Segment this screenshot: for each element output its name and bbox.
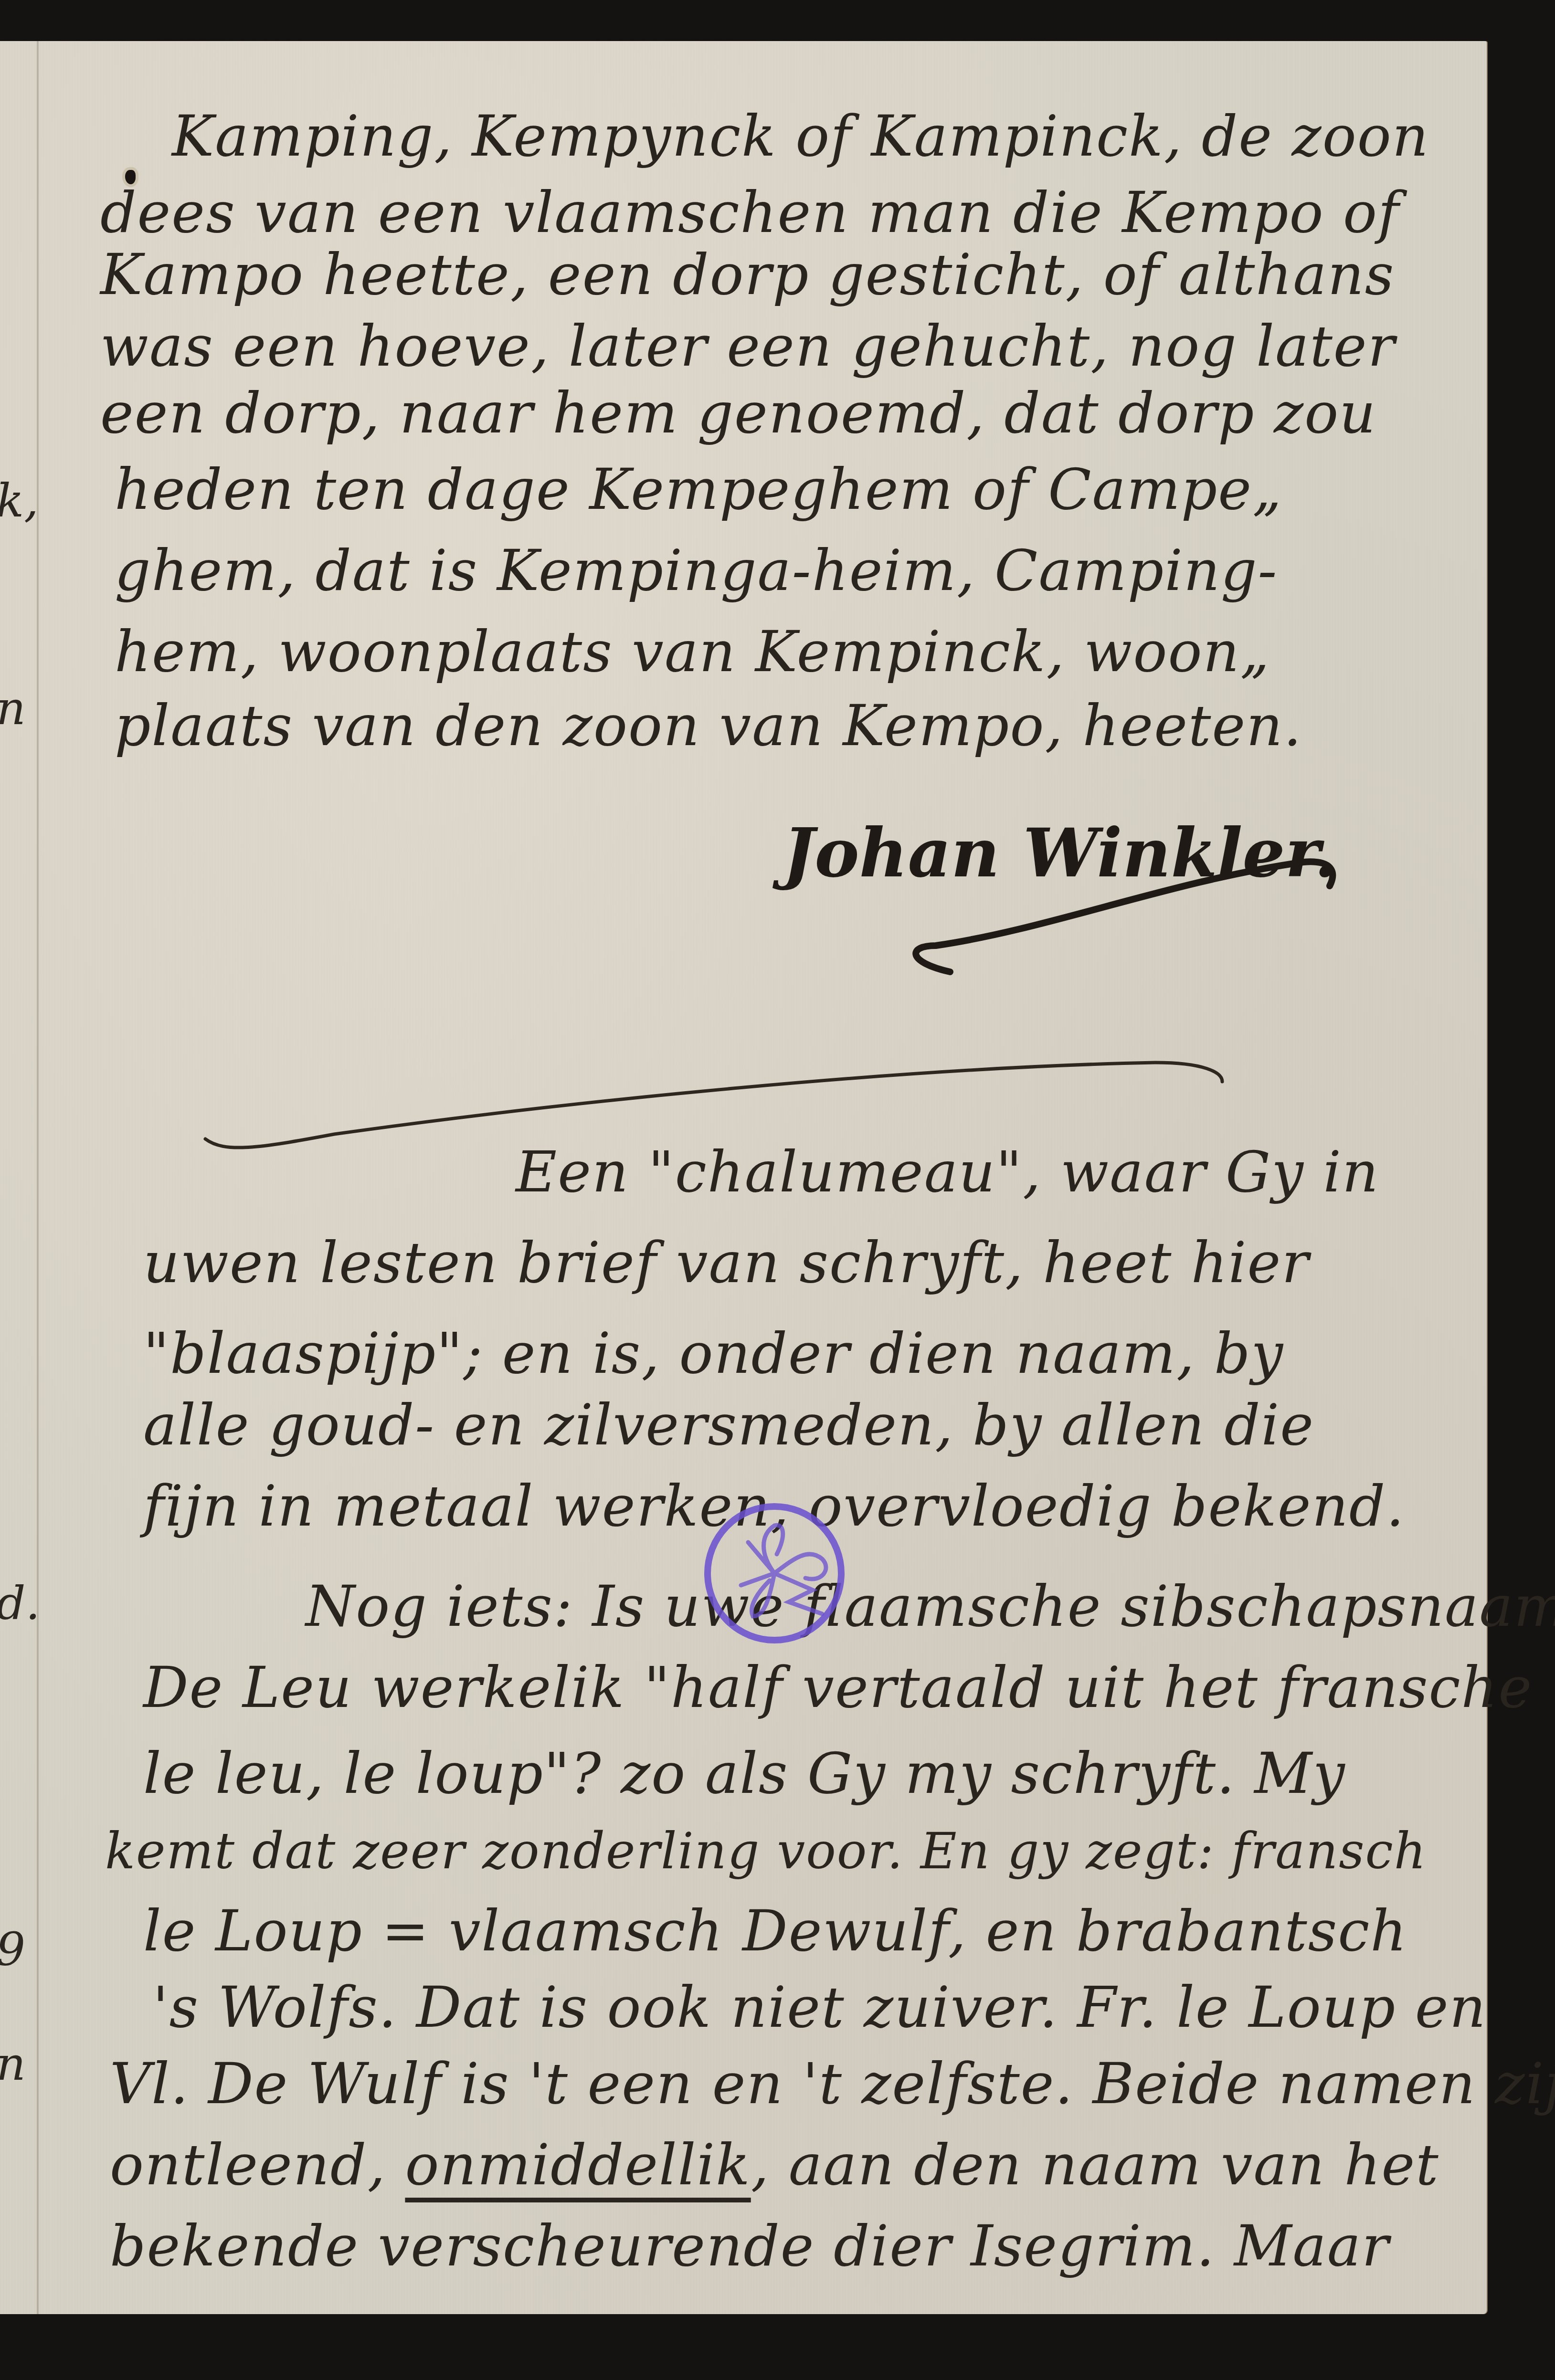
text-line: Vl. De Wulf is 't een en 't zelfste. Bei… bbox=[110, 2055, 1555, 2112]
underlined-word: onmiddellik bbox=[405, 2132, 751, 2198]
text-fragment: ontleend, bbox=[110, 2132, 405, 2198]
text-line: kemt dat zeer zonderling voor. En gy zeg… bbox=[105, 1826, 1427, 1876]
text-line: le Loup = vlaamsch Dewulf, en brabantsch bbox=[143, 1903, 1407, 1959]
text-line: ontleend, onmiddellik, aan den naam van … bbox=[110, 2137, 1439, 2193]
text-line: le leu, le loup"? zo als Gy my schryft. … bbox=[143, 1745, 1346, 1801]
text-fragment: , aan den naam van het bbox=[751, 2132, 1439, 2198]
text-line: "blaaspijp"; en is, onder dien naam, by bbox=[143, 1325, 1284, 1381]
library-stamp bbox=[703, 1502, 846, 1645]
text-line: De Leu werkelik "half vertaald uit het f… bbox=[143, 1659, 1533, 1716]
letter-page: k, n d. 9 n Kamping, Kempynck of Kampinc… bbox=[0, 41, 1487, 2314]
text-line: Nog iets: Is uwe flaamsche sibschapsnaam bbox=[306, 1578, 1555, 1634]
text-line: bekende verscheurende dier Isegrim. Maar bbox=[110, 2218, 1390, 2274]
previous-page-fragment: d. bbox=[0, 1580, 40, 1626]
text-line: alle goud- en zilversmeden, by allen die bbox=[143, 1397, 1314, 1453]
section-divider bbox=[0, 41, 1487, 1187]
text-line: uwen lesten brief van schryft, heet hier bbox=[143, 1234, 1310, 1291]
previous-page-fragment: 9 bbox=[0, 1927, 25, 1972]
previous-page-fragment: n bbox=[0, 2041, 26, 2087]
text-line: 's Wolfs. Dat is ook niet zuiver. Fr. le… bbox=[153, 1979, 1487, 2035]
text-line: Een "chalumeau", waar Gy in bbox=[516, 1144, 1379, 1200]
